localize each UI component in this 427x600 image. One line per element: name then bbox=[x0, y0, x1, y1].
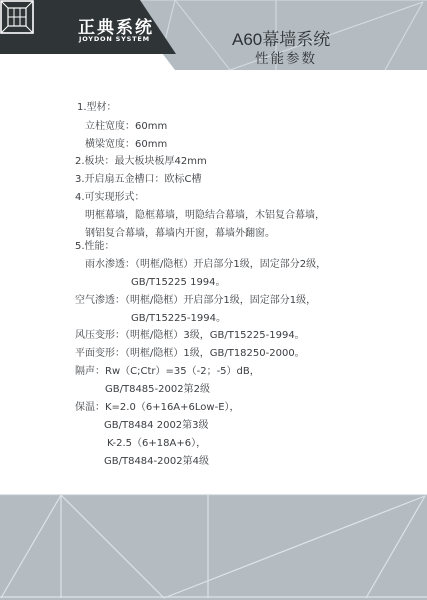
spec-line: GB/T8484 2002第3级 bbox=[104, 416, 209, 431]
spec-line: GB/T15225-1994。 bbox=[131, 309, 226, 324]
header-background bbox=[0, 0, 427, 72]
spec-line: GB/T8485-2002第2级 bbox=[105, 380, 210, 395]
logo-icon bbox=[0, 0, 34, 34]
spec-line: 横梁宽度：60mm bbox=[85, 135, 167, 150]
spec-line: 4.可实现形式： bbox=[75, 188, 145, 203]
spec-line: 平面变形：（明框/隐框）1级，GB/T18250-2000。 bbox=[75, 344, 305, 359]
spec-line: 3.开启扇五金槽口：欧标C槽 bbox=[75, 170, 202, 185]
spec-line: GB/T8484-2002第4级 bbox=[104, 452, 209, 467]
spec-line: 明框幕墙，隐框幕墙，明隐结合幕墙，木铝复合幕墙， bbox=[85, 206, 325, 221]
footer-decoration bbox=[0, 494, 427, 600]
spec-line: 1.型材： bbox=[77, 98, 117, 113]
spec-line: 2.板块：最大板块板厚42mm bbox=[75, 152, 207, 167]
spec-line: 风压变形：（明框/隐框）3级，GB/T15225-1994。 bbox=[75, 326, 305, 341]
spec-line: GB/T15225 1994。 bbox=[131, 273, 226, 288]
spec-line: 空气渗透：（明框/隐框）开启部分1级，固定部分1级， bbox=[75, 291, 316, 306]
spec-line: 立柱宽度：60mm bbox=[85, 117, 167, 132]
spec-line: 5.性能： bbox=[75, 237, 115, 252]
header-banner: 正典系统 JOYDON SYSTEM A60幕墙系统 性能参数 bbox=[0, 0, 427, 72]
spec-line: 隔声：Rw（C;Ctr）=35（-2；-5）dB， bbox=[75, 362, 260, 377]
spec-line: 保温：K=2.0（6+16A+6Low-E）， bbox=[75, 398, 240, 413]
spec-line: K-2.5（6+18A+6）， bbox=[107, 434, 206, 449]
brand-name-en: JOYDON SYSTEM bbox=[79, 35, 150, 43]
page-subtitle: 性能参数 bbox=[255, 47, 317, 67]
spec-line: 雨水渗透：（明框/隐框）开启部分1级，固定部分2级， bbox=[85, 255, 326, 270]
